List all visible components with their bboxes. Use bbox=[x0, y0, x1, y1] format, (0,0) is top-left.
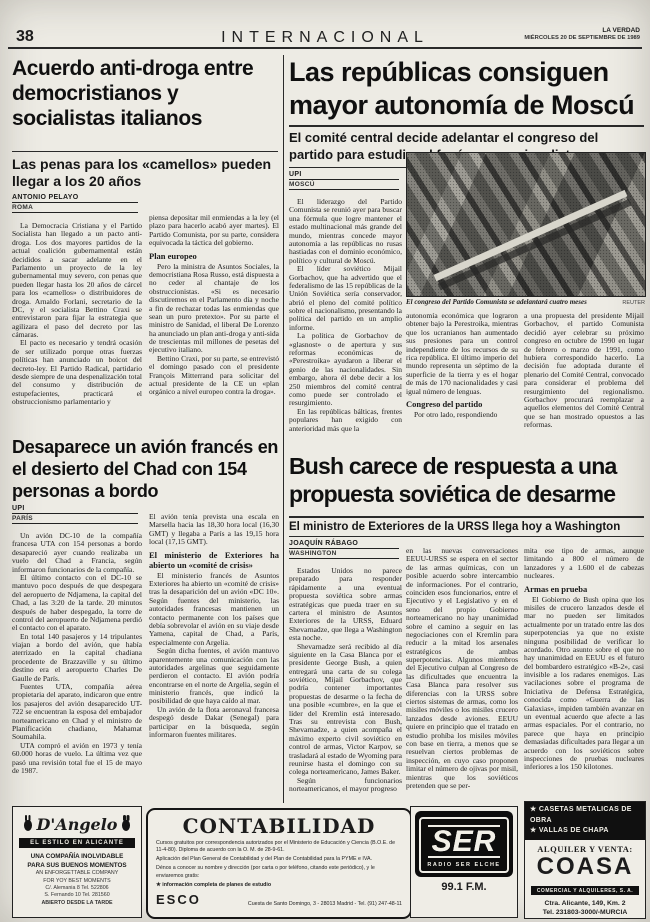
contabilidad-text: Cursos gratuitos por correspondencia aut… bbox=[156, 840, 402, 854]
paragraph: piensa depositar mil enmiendas a la ley … bbox=[149, 214, 279, 248]
paragraph: En las repúblicas bálticas, frentes popu… bbox=[289, 408, 402, 433]
paragraph: Bettino Craxi, por su parte, se entrevis… bbox=[149, 355, 279, 397]
ad-coasa: ★ CASETAS METALICAS DE OBRA ★ VALLAS DE … bbox=[524, 801, 646, 919]
headline-chad: Desaparece un avión francés en el desier… bbox=[12, 437, 280, 503]
byline-dateline: WASHINGTON bbox=[289, 549, 399, 559]
paragraph: El Gobierno de Bush opina que los misile… bbox=[524, 596, 644, 772]
paragraph: El avión tenía prevista una escala en Ma… bbox=[149, 513, 279, 547]
coasa-phone-line: Tel. 231803-3000/-MURCIA bbox=[525, 908, 645, 918]
byline-moscow: UPI MOSCÚ bbox=[289, 171, 399, 190]
article-bush-col2: en las nuevas conversaciones EEUU-URSS s… bbox=[406, 547, 518, 793]
headline-moscow: Las repúblicas consiguen mayor autonomía… bbox=[289, 56, 646, 122]
paragraph: La política de Gorbachov de «glasnost» o… bbox=[289, 332, 402, 408]
dangelo-style-bar: EL ESTILO EN ALICANTE bbox=[19, 838, 135, 848]
article-moscow-col1: El liderazgo del Partido Comunista se re… bbox=[289, 198, 402, 446]
photo-caption-row: El congreso del Partido Comunista se ade… bbox=[406, 298, 645, 306]
paragraph: Estados Unidos no parece preparado para … bbox=[289, 567, 402, 643]
paragraph: Fuentes UTA, compañía aérea propietaria … bbox=[12, 683, 142, 742]
paragraph: Un avión de la flota aeronaval francesa … bbox=[149, 706, 279, 740]
paragraph: Según funcionarios norteamericanos, el m… bbox=[289, 777, 402, 794]
rule bbox=[289, 536, 644, 537]
article-bush-col3: mita ese tipo de armas, aunque limitando… bbox=[524, 547, 644, 795]
ser-station-name: RADIO SER ELCHE bbox=[423, 862, 505, 868]
byline-agency: UPI bbox=[289, 171, 399, 180]
bunny-icon bbox=[24, 820, 32, 831]
ad-dangelo: D'Angelo EL ESTILO EN ALICANTE UNA COMPA… bbox=[12, 806, 142, 918]
coasa-top-bar: ★ CASETAS METALICAS DE OBRA ★ VALLAS DE … bbox=[525, 802, 645, 840]
paragraph: en las nuevas conversaciones EEUU-URSS s… bbox=[406, 547, 518, 790]
coasa-bar-line: ★ CASETAS METALICAS DE OBRA bbox=[530, 805, 640, 826]
byline-author: JOAQUÍN RÁBAGO bbox=[289, 540, 399, 549]
dangelo-logo: D'Angelo bbox=[13, 815, 141, 834]
paragraph: El liderazgo del Partido Comunista se re… bbox=[289, 198, 402, 265]
photo-credit: REUTER bbox=[622, 300, 645, 306]
coasa-logo: COASA bbox=[525, 855, 645, 879]
newspaper-page: 38 INTERNACIONAL LA VERDAD MIÉRCOLES 20 … bbox=[0, 0, 650, 922]
paragraph: Según dicha fuentes, el avión mantuvo ap… bbox=[149, 647, 279, 706]
coasa-rent-line: ALQUILER Y VENTA: bbox=[525, 844, 645, 854]
paragraph: La Democracia Cristiana y el Partido Soc… bbox=[12, 222, 142, 339]
dangelo-line: PARA SUS BUENOS MOMENTOS bbox=[13, 861, 141, 870]
congress-photo bbox=[406, 152, 646, 297]
coasa-subbar: COMERCIAL Y ALQUILERES, S. A. bbox=[531, 886, 639, 895]
inline-subhead: Congreso del partido bbox=[406, 399, 518, 409]
paragraph: El pacto es necesario y tendrá ocasión d… bbox=[12, 339, 142, 406]
byline-bush: JOAQUÍN RÁBAGO WASHINGTON bbox=[289, 540, 399, 559]
rule bbox=[289, 516, 644, 518]
paragraph: mita ese tipo de armas, aunque limitando… bbox=[524, 547, 644, 581]
contabilidad-title: CONTABILIDAD bbox=[156, 814, 402, 838]
paragraph: Por otro lado, respondiendo bbox=[406, 411, 518, 419]
ser-logo: SER bbox=[428, 825, 501, 858]
ser-frequency: 99.1 F.M. bbox=[411, 881, 517, 893]
inline-subhead: El ministerio de Exteriores ha abierto u… bbox=[149, 550, 279, 570]
paragraph: Shevarnadze será recibido al día siguien… bbox=[289, 643, 402, 777]
article-chad-col2: El avión tenía prevista una escala en Ma… bbox=[149, 513, 279, 794]
ad-contabilidad: CONTABILIDAD Cursos gratuitos por corres… bbox=[146, 808, 412, 919]
inline-subhead: Plan europeo bbox=[149, 251, 279, 261]
masthead: LA VERDAD MIÉRCOLES 20 DE SEPTIEMBRE DE … bbox=[524, 27, 640, 41]
subhead-drugs: Las penas para los «camellos» pueden lle… bbox=[12, 156, 279, 190]
rule bbox=[289, 125, 644, 127]
paragraph: UTA compró el avión en 1973 y tenía 60.0… bbox=[12, 742, 142, 776]
paragraph: Pero la ministra de Asuntos Sociales, la… bbox=[149, 263, 279, 355]
dangelo-address: C/. Alemania 8 Tel. 522806 bbox=[13, 885, 141, 892]
paragraph: El líder soviético Mijail Gorbachov, que… bbox=[289, 265, 402, 332]
byline-chad: UPI PARÍS bbox=[12, 505, 138, 524]
byline-dateline: PARÍS bbox=[12, 514, 138, 524]
bunny-icon bbox=[122, 820, 130, 831]
byline-dateline: ROMA bbox=[12, 203, 138, 213]
contabilidad-offer: ★ información completa de planes de estu… bbox=[156, 882, 402, 889]
headline-drugs: Acuerdo anti-droga entre democristianos … bbox=[12, 56, 279, 132]
dangelo-logo-text: D'Angelo bbox=[37, 815, 118, 834]
byline-agency: UPI bbox=[12, 505, 138, 514]
paragraph: El último contacto con el DC-10 se mantu… bbox=[12, 574, 142, 633]
contabilidad-address: Cuesta de Santo Domingo, 3 - 28013 Madri… bbox=[248, 901, 402, 907]
headline-bush: Bush carece de respuesta a una propuesta… bbox=[289, 452, 647, 508]
dangelo-hours: ABIERTO DESDE LA TARDE bbox=[13, 900, 141, 907]
article-chad-col1: Un avión DC-10 de la compañía francesa U… bbox=[12, 532, 142, 796]
section-divider bbox=[283, 55, 284, 803]
paragraph: autonomía económica que lograron obtener… bbox=[406, 312, 518, 396]
article-moscow-col2: autonomía económica que lograron obtener… bbox=[406, 312, 518, 446]
dangelo-address: S. Fernando 10 Tel. 281560 bbox=[13, 892, 141, 899]
paragraph: a una propuesta del presidente Mijail Go… bbox=[524, 312, 644, 429]
article-drugs-col1: La Democracia Cristiana y el Partido Soc… bbox=[12, 222, 142, 431]
coasa-address: Ctra. Alicante, 149, Km. 2 Tel. 231803-3… bbox=[525, 899, 645, 918]
article-drugs-col2: piensa depositar mil enmiendas a la ley … bbox=[149, 214, 279, 431]
paragraph: El ministerio francés de Asuntos Exterio… bbox=[149, 572, 279, 648]
article-moscow-col3: a una propuesta del presidente Mijail Go… bbox=[524, 312, 644, 446]
rule bbox=[12, 151, 278, 152]
subhead-bush: El ministro de Exteriores de la URSS lle… bbox=[289, 521, 645, 535]
byline-dateline: MOSCÚ bbox=[289, 180, 399, 190]
dangelo-line: FOR YOY BEST MOMENTS bbox=[13, 878, 141, 885]
contabilidad-text: Dénos a conocer su nombre y dirección (p… bbox=[156, 865, 402, 879]
header-rule bbox=[8, 47, 642, 49]
photo-caption: El congreso del Partido Comunista se ade… bbox=[406, 298, 587, 306]
ser-black-panel: SER RADIO SER ELCHE bbox=[415, 811, 513, 877]
coasa-address-line: Ctra. Alicante, 149, Km. 2 bbox=[525, 899, 645, 909]
coasa-bar-line: ★ VALLAS DE CHAPA bbox=[530, 826, 640, 837]
byline-author: ANTONIO PELAYO bbox=[12, 194, 138, 203]
paragraph: Un avión DC-10 de la compañía francesa U… bbox=[12, 532, 142, 574]
inline-subhead: Armas en prueba bbox=[524, 584, 644, 594]
esco-logo: ESCO bbox=[156, 892, 201, 907]
edition-date: MIÉRCOLES 20 DE SEPTIEMBRE DE 1989 bbox=[524, 35, 640, 41]
article-bush-col1: Estados Unidos no parece preparado para … bbox=[289, 567, 402, 795]
dangelo-line: AN ENFORGETTABLE COMPANY bbox=[13, 870, 141, 877]
ad-ser-radio: SER RADIO SER ELCHE 99.1 F.M. bbox=[410, 806, 518, 918]
byline-drugs: ANTONIO PELAYO ROMA bbox=[12, 194, 138, 213]
contabilidad-text: Aplicación del Plan General de Contabili… bbox=[156, 856, 402, 863]
paragraph: En total 140 pasajeros y 14 tripulantes … bbox=[12, 633, 142, 683]
dangelo-line: UNA COMPAÑÍA INOLVIDABLE bbox=[13, 852, 141, 861]
